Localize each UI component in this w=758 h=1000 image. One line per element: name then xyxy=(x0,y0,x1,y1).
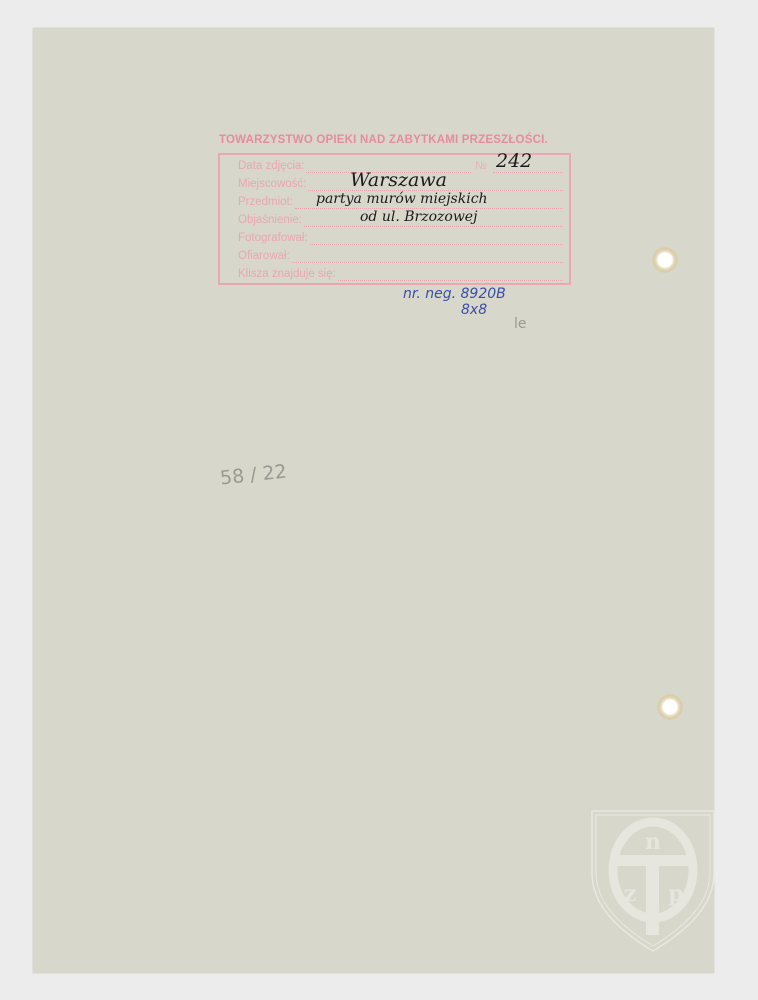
stamp-line xyxy=(338,269,563,281)
number-label: № xyxy=(475,159,487,173)
handwritten-number: 242 xyxy=(496,150,532,172)
stamp-row-photographer: Fotografował: xyxy=(238,229,563,245)
stamp-label-negative: Klisza znajduje się: xyxy=(238,267,336,281)
handwritten-explanation: od ul. Brzozowej xyxy=(360,209,477,225)
stamp-line xyxy=(292,251,563,263)
handwritten-place: Warszawa xyxy=(350,169,447,191)
stamp-label-place: Miejscowość: xyxy=(238,177,306,191)
punch-hole-top xyxy=(652,247,678,273)
stamp-label-subject: Przedmiot: xyxy=(238,195,293,209)
svg-text:n: n xyxy=(645,829,661,855)
stamp-line xyxy=(310,233,563,245)
svg-text:p: p xyxy=(668,881,683,907)
svg-text:z: z xyxy=(624,881,637,907)
stamp-label-explanation: Objaśnienie: xyxy=(238,213,302,227)
stamp-row-negative: Klisza znajduje się: xyxy=(238,265,563,281)
negative-size-note: 8x8 xyxy=(461,302,487,318)
punch-hole-bottom xyxy=(657,694,683,720)
stamp-title: TOWARZYSTWO OPIEKI NAD ZABYTKAMI PRZESZŁ… xyxy=(219,134,579,147)
stamp-row-donor: Ofiarował: xyxy=(238,247,563,263)
stamp-label-date: Data zdjęcia: xyxy=(238,159,304,173)
stamp-label-photographer: Fotografował: xyxy=(238,231,308,245)
stamp-label-donor: Ofiarował: xyxy=(238,249,290,263)
negative-number-note: nr. neg. 8920B xyxy=(403,286,506,302)
pencil-mark-small: le xyxy=(514,316,527,332)
shield-watermark-icon: n z p xyxy=(588,803,718,953)
handwritten-subject: partya murów miejskich xyxy=(316,191,488,207)
